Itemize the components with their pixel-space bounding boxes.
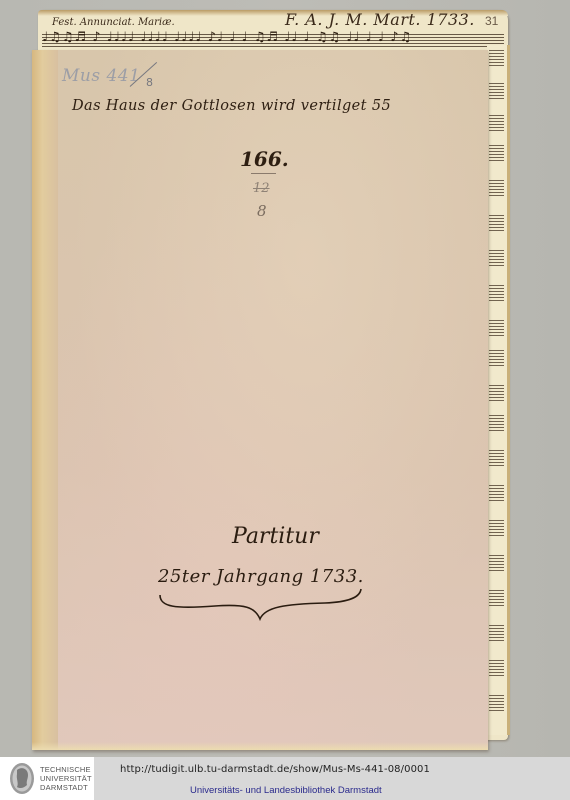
tu-darmstadt-athena-seal-icon: [9, 762, 35, 795]
shelfmark-subnumber: 8: [146, 76, 153, 89]
viewer-footer: TECHNISCHE UNIVERSITÄT DARMSTADT http://…: [0, 757, 570, 800]
permalink-url[interactable]: http://tudigit.ulb.tu-darmstadt.de/show/…: [120, 764, 430, 775]
back-sheet-heading-left: Fest. Annunciat. Mariæ.: [52, 17, 175, 28]
cantata-title: Das Haus der Gottlosen wird vertilget 55: [72, 98, 391, 114]
score-label: Partitur: [232, 524, 319, 549]
catalog-number: 166.: [240, 147, 289, 171]
music-edge-strip: [487, 45, 510, 735]
flourish-ornament-icon: [155, 585, 365, 630]
tu-darmstadt-logo[interactable]: TECHNISCHE UNIVERSITÄT DARMSTADT: [0, 757, 94, 800]
music-notes-icon: ♩♫♫♬ ♪ ♩♩♩♩ ♩♩♩♩ ♩♩♩♩ ♪♩ ♩ ♩ ♫♬ ♩♩ ♩ ♫♫ …: [42, 30, 504, 50]
library-link[interactable]: Universitäts- und Landesbibliothek Darms…: [190, 785, 382, 796]
year-cycle-line: 25ter Jahrgang 1733.: [158, 566, 364, 587]
catalog-number-rule: [251, 173, 276, 174]
back-sheet-heading-right: F. A. J. M. Mart. 1733.: [285, 10, 475, 29]
manuscript-scan: Fest. Annunciat. Mariæ. F. A. J. M. Mart…: [0, 0, 570, 757]
struck-number: 12: [253, 181, 270, 196]
folio-number: 31: [485, 14, 498, 28]
shelfmark: Mus 441: [62, 66, 140, 86]
revised-number: 8: [257, 202, 267, 220]
institution-name: TECHNISCHE UNIVERSITÄT DARMSTADT: [40, 765, 92, 792]
